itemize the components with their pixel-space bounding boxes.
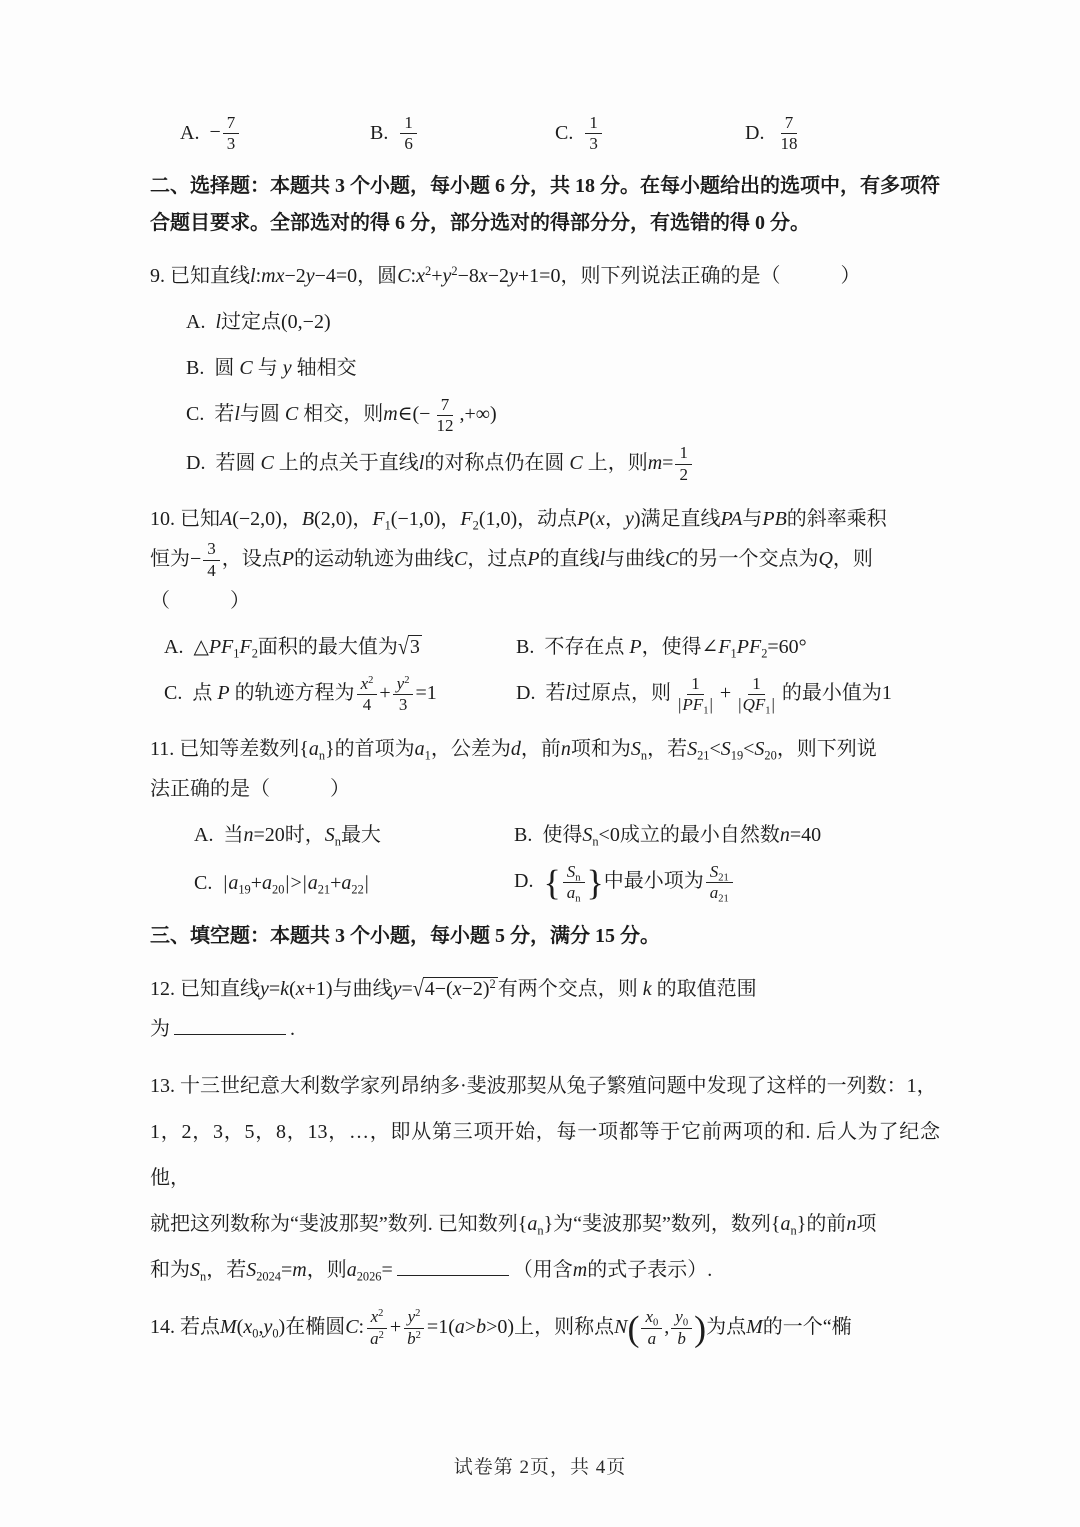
option-label: C. bbox=[164, 682, 182, 704]
question10-options-row2: C.点 P 的轨迹方程为x24+y23=1 D.若l过原点，则1|PF1|+1|… bbox=[150, 673, 940, 715]
option-text: 圆 C 与 y 轴相交 bbox=[214, 357, 356, 379]
option-text: {Snan}中最小项为S21a21 bbox=[543, 870, 734, 892]
option-label: B. bbox=[370, 113, 388, 153]
section3-header: 三、填空题：本题共 3 个小题，每小题 5 分，满分 15 分。 bbox=[150, 918, 940, 955]
question-12: 12. 已知直线y=k(x+1)与曲线y=√4−(x−2)2有两个交点，则 k … bbox=[150, 969, 940, 1049]
page-footer: 试卷第 2页，共 4页 bbox=[0, 1452, 1080, 1479]
option-text: 若l与圆 C 相交，则m∈(−712,+∞) bbox=[214, 403, 496, 425]
option-b: B.不存在点 P，使得∠F1PF2=60° bbox=[516, 627, 940, 667]
question-11: 11. 已知等差数列{an}的首项为a1，公差为d，前n项和为Sn，若S21<S… bbox=[150, 729, 940, 903]
option-label: B. bbox=[514, 824, 532, 846]
option-text: 使得Sn<0成立的最小自然数n=40 bbox=[542, 824, 821, 846]
question10-stem-line2: 恒为−34，设点P的运动轨迹为曲线C，过点P的直线l与曲线C的另一个交点为Q，则 bbox=[150, 539, 940, 581]
question11-stem-line2: 法正确的是（ ） bbox=[150, 769, 940, 809]
option-value: 13 bbox=[583, 112, 604, 154]
exam-page: A.−73 B.16 C.13 D.718 二、选择题：本题共 3 个小题，每小… bbox=[0, 0, 1080, 1527]
question11-stem-line1: 11. 已知等差数列{an}的首项为a1，公差为d，前n项和为Sn，若S21<S… bbox=[150, 729, 940, 769]
option-c: C.点 P 的轨迹方程为x24+y23=1 bbox=[164, 673, 516, 715]
option-d: D.{Snan}中最小项为S21a21 bbox=[514, 861, 940, 903]
question13-line1: 13. 十三世纪意大利数学家列昂纳多·斐波那契从兔子繁殖问题中发现了这样的一列数… bbox=[150, 1063, 940, 1109]
question13-line4: 和为Sn，若S2024=m，则a2026=（用含m的式子表示）. bbox=[150, 1247, 940, 1293]
option-label: B. bbox=[186, 357, 204, 379]
question12-line1: 12. 已知直线y=k(x+1)与曲线y=√4−(x−2)2有两个交点，则 k … bbox=[150, 969, 940, 1009]
question10-options-row1: A.△PF1F2面积的最大值为√3 B.不存在点 P，使得∠F1PF2=60° bbox=[150, 627, 940, 667]
option-b: B.16 bbox=[370, 112, 555, 154]
section2-header: 二、选择题：本题共 3 个小题，每小题 6 分，共 18 分。在每小题给出的选项… bbox=[150, 168, 940, 242]
option-c: C.|a19+a20|>|a21+a22| bbox=[194, 863, 514, 903]
question-13: 13. 十三世纪意大利数学家列昂纳多·斐波那契从兔子繁殖问题中发现了这样的一列数… bbox=[150, 1063, 940, 1293]
option-label: C. bbox=[555, 113, 573, 153]
question-9: 9. 已知直线l:mx−2y−4=0，圆C:x2+y2−8x−2y+1=0，则下… bbox=[150, 256, 940, 485]
question13-line2: 1，2，3，5，8，13，…，即从第三项开始，每一项都等于它前两项的和. 后人为… bbox=[150, 1109, 940, 1201]
option-label: A. bbox=[186, 311, 205, 333]
option-text: 当n=20时，Sn最大 bbox=[223, 824, 380, 846]
question8-options-row: A.−73 B.16 C.13 D.718 bbox=[150, 112, 940, 154]
option-label: D. bbox=[514, 870, 533, 892]
option-text: △PF1F2面积的最大值为√3 bbox=[193, 636, 421, 658]
option-label: A. bbox=[180, 113, 199, 153]
option-label: D. bbox=[186, 452, 205, 474]
question13-line3: 就把这列数称为“斐波那契”数列. 已知数列{an}为“斐波那契”数列，数列{an… bbox=[150, 1201, 940, 1247]
option-value: 718 bbox=[774, 112, 803, 154]
option-text: 若l过原点，则1|PF1|+1|QF1|的最小值为1 bbox=[545, 682, 891, 704]
option-a: A.−73 bbox=[180, 112, 370, 154]
option-c: C.13 bbox=[555, 112, 745, 154]
exam-content: A.−73 B.16 C.13 D.718 二、选择题：本题共 3 个小题，每小… bbox=[150, 112, 940, 1349]
option-text: |a19+a20|>|a21+a22| bbox=[222, 872, 369, 894]
question10-stem-line1: 10. 已知A(−2,0)，B(2,0)，F1(−1,0)，F2(1,0)，动点… bbox=[150, 499, 940, 539]
option-a: A.l过定点(0,−2) bbox=[186, 302, 940, 342]
question11-options-row2: C.|a19+a20|>|a21+a22| D.{Snan}中最小项为S21a2… bbox=[150, 861, 940, 903]
option-text: l过定点(0,−2) bbox=[215, 311, 330, 333]
question-10: 10. 已知A(−2,0)，B(2,0)，F1(−1,0)，F2(1,0)，动点… bbox=[150, 499, 940, 716]
option-b: B.圆 C 与 y 轴相交 bbox=[186, 348, 940, 388]
option-label: A. bbox=[164, 636, 183, 658]
option-label: A. bbox=[194, 824, 213, 846]
option-text: 点 P 的轨迹方程为x24+y23=1 bbox=[192, 682, 436, 704]
question14-line1: 14. 若点M(x0,y0)在椭圆C:x2a2+y2b2=1(a>b>0)上，则… bbox=[150, 1307, 940, 1349]
option-label: D. bbox=[745, 113, 764, 153]
option-d: D.718 bbox=[745, 112, 803, 154]
option-label: B. bbox=[516, 636, 534, 658]
question9-options: A.l过定点(0,−2) B.圆 C 与 y 轴相交 C.若l与圆 C 相交，则… bbox=[150, 302, 940, 485]
option-label: C. bbox=[186, 403, 204, 425]
option-label: C. bbox=[194, 872, 212, 894]
option-value: −73 bbox=[209, 112, 241, 154]
option-a: A.△PF1F2面积的最大值为√3 bbox=[164, 627, 516, 667]
option-d: D.若圆 C 上的点关于直线l的对称点仍在圆 C 上，则m=12 bbox=[186, 443, 940, 485]
option-a: A.当n=20时，Sn最大 bbox=[194, 815, 514, 855]
option-d: D.若l过原点，则1|PF1|+1|QF1|的最小值为1 bbox=[516, 673, 940, 715]
option-value: 16 bbox=[398, 112, 419, 154]
option-b: B.使得Sn<0成立的最小自然数n=40 bbox=[514, 815, 940, 855]
question12-line2: 为. bbox=[150, 1009, 940, 1049]
question9-stem: 9. 已知直线l:mx−2y−4=0，圆C:x2+y2−8x−2y+1=0，则下… bbox=[150, 256, 940, 296]
option-text: 不存在点 P，使得∠F1PF2=60° bbox=[544, 636, 806, 658]
question10-stem-line3: （ ） bbox=[150, 581, 940, 621]
option-label: D. bbox=[516, 682, 535, 704]
option-c: C.若l与圆 C 相交，则m∈(−712,+∞) bbox=[186, 394, 940, 436]
question11-options-row1: A.当n=20时，Sn最大 B.使得Sn<0成立的最小自然数n=40 bbox=[150, 815, 940, 855]
question-14: 14. 若点M(x0,y0)在椭圆C:x2a2+y2b2=1(a>b>0)上，则… bbox=[150, 1307, 940, 1349]
option-text: 若圆 C 上的点关于直线l的对称点仍在圆 C 上，则m=12 bbox=[215, 452, 693, 474]
